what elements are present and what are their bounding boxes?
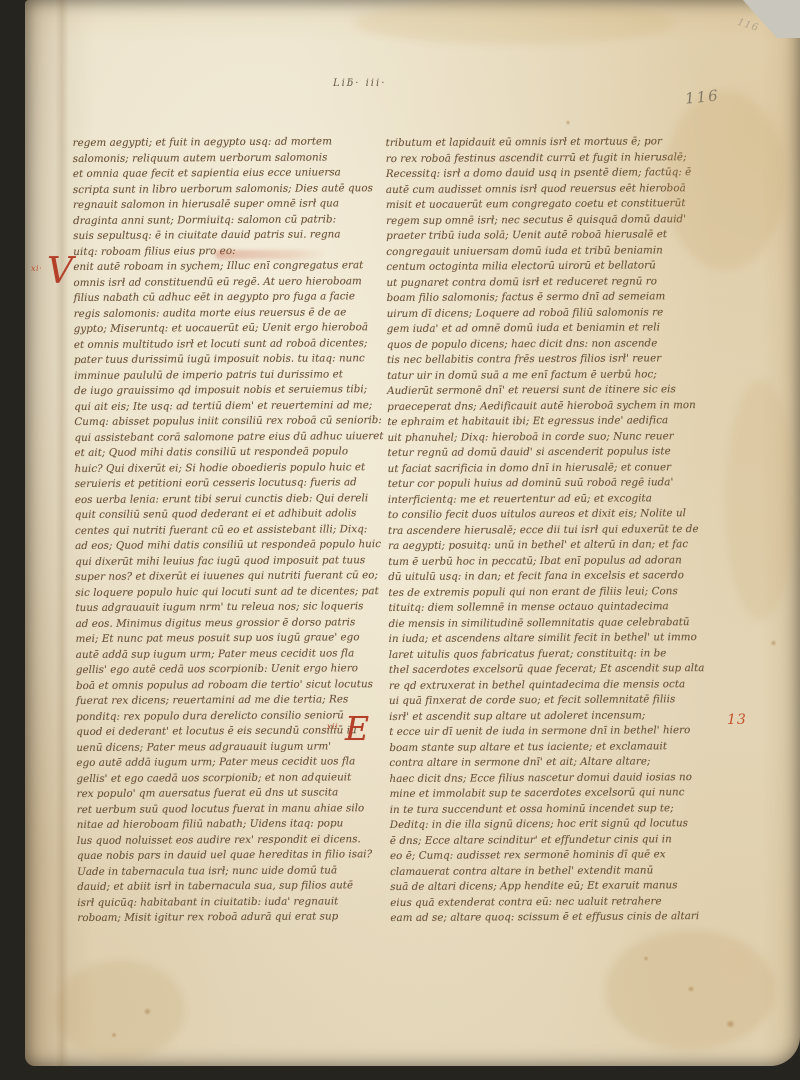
chapter-number-13: 13	[727, 712, 747, 728]
scan-stage: Liƃ· iii· 116 116 regem aegypti; et fuit…	[0, 0, 800, 1080]
stain	[355, 0, 675, 45]
chapter-mark-xi: xi·	[31, 264, 42, 273]
chapter-mark-xii: xii·	[327, 722, 341, 731]
rubricated-initial-V: V	[47, 254, 73, 290]
stain	[55, 960, 185, 1060]
text-line: roboam; Misit igitur rex roboā adurā qui…	[77, 910, 399, 927]
corner-page-number: 116	[736, 17, 760, 34]
manuscript-page: Liƃ· iii· 116 116 regem aegypti; et fuit…	[25, 0, 800, 1066]
rubricated-initial-E: E	[345, 712, 369, 745]
foxing-spot	[770, 640, 777, 646]
text-column-right: tributum et lapidauit eū omnis isrł et m…	[386, 135, 713, 927]
foxing-spot	[565, 120, 571, 125]
binding-crease	[55, 0, 69, 1066]
foxing-spot	[725, 1020, 736, 1028]
text-line: eam ad se; altare quoq: scissum ē et eff…	[390, 910, 712, 927]
foxing-spot	[111, 1032, 117, 1038]
stain	[665, 90, 785, 270]
foxing-spot	[643, 956, 649, 961]
foxing-spot	[143, 1008, 152, 1015]
erased-rubric-smudge	[215, 250, 325, 259]
running-header: Liƃ· iii·	[333, 78, 386, 89]
stain	[725, 380, 795, 620]
foxing-spot	[687, 986, 695, 992]
